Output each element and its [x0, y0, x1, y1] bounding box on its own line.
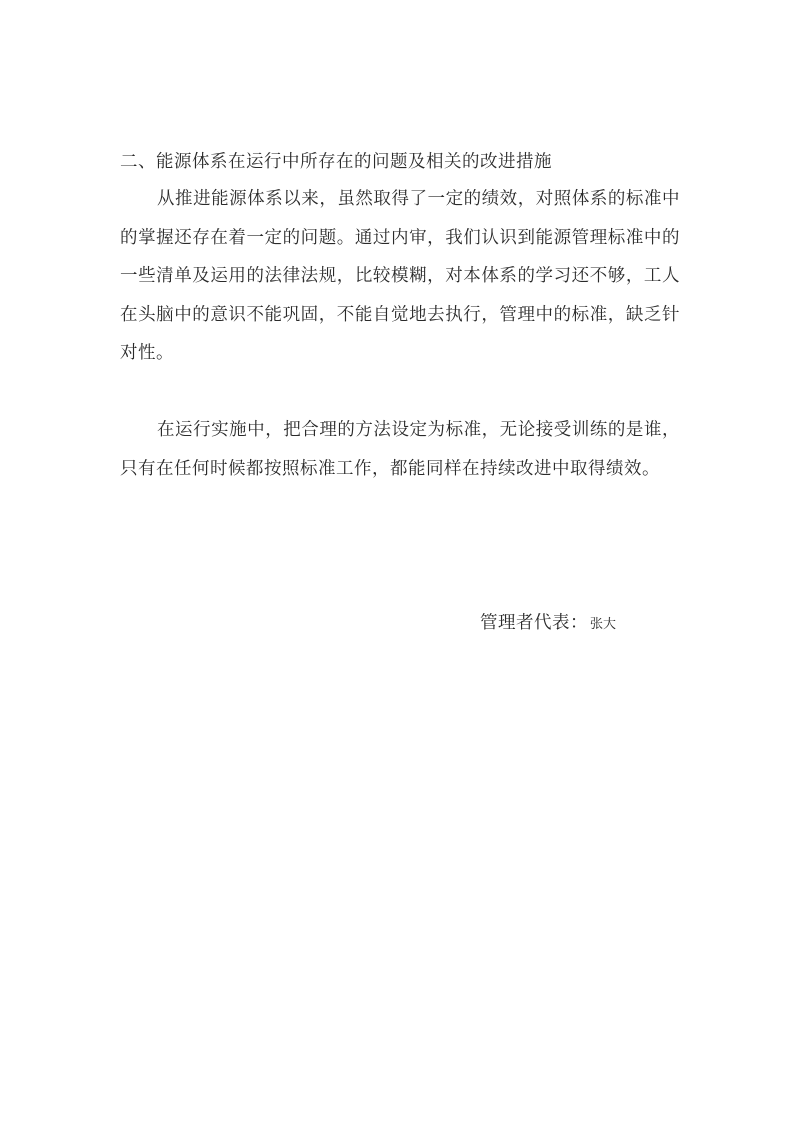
signature-name: 张大: [590, 617, 616, 632]
signature-block: 管理者代表：张大: [480, 609, 616, 634]
paragraph-problems: 从推进能源体系以来，虽然取得了一定的绩效，对照体系的标准中的掌握还存在着一定的问…: [120, 180, 680, 373]
signature-label: 管理者代表：: [480, 613, 588, 633]
paragraph-improvements: 在运行实施中，把合理的方法设定为标准，无论接受训练的是谁，只有在任何时候都按照标…: [120, 411, 680, 488]
document-page: 二、能源体系在运行中所存在的问题及相关的改进措施 从推进能源体系以来，虽然取得了…: [0, 0, 800, 1130]
section-heading: 二、能源体系在运行中所存在的问题及相关的改进措施: [120, 150, 552, 174]
